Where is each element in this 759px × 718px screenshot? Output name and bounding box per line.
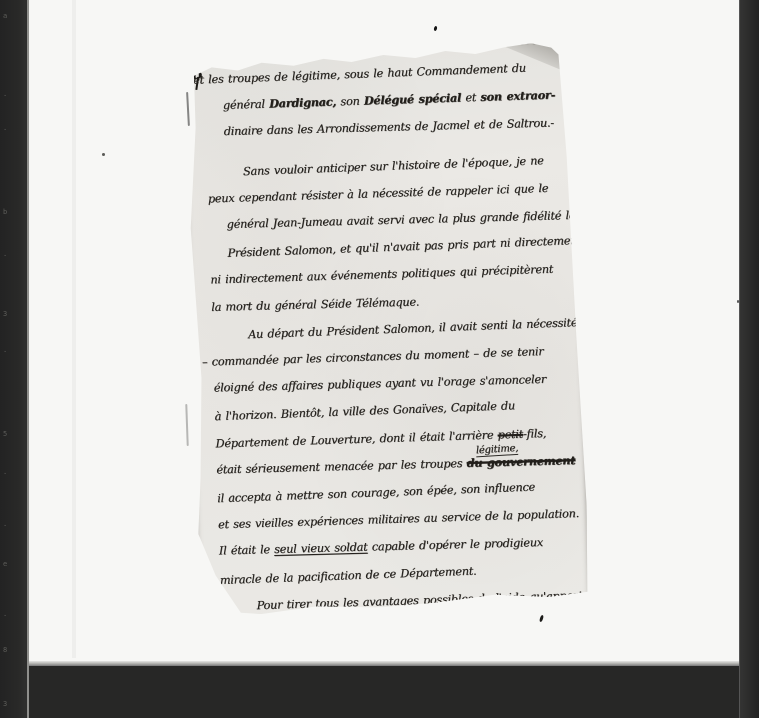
text-segment: était sérieusement menacée par les troup… xyxy=(216,457,467,477)
handwritten-line: la mort du général Séide Télémaque. xyxy=(211,296,419,313)
handwritten-line: – commandée par les circonstances du mom… xyxy=(202,346,544,368)
film-bottom-edge xyxy=(0,666,759,718)
underlined-text: seul vieux soldat xyxy=(274,541,368,556)
manuscript-page: 8 et les troupes de légitime, sous le ha… xyxy=(181,36,591,622)
film-edge-mark: . xyxy=(3,520,23,528)
text-segment: la mort du général Séide Télémaque. xyxy=(211,295,419,313)
film-left-edge: a..b.3.5..e.83 xyxy=(0,0,29,718)
handwritten-line: il accepta à mettre son courage, son épé… xyxy=(217,482,535,505)
text-segment: général xyxy=(223,98,270,112)
handwritten-line: peux cependant résister à la nécessité d… xyxy=(208,183,549,205)
film-edge-mark: . xyxy=(3,90,23,98)
text-segment: -fils, xyxy=(523,427,547,441)
handwritten-line: était sérieusement menacée par les troup… xyxy=(216,455,575,476)
handwritten-line: et ses vieilles expériences militaires a… xyxy=(218,508,579,531)
text-segment: et xyxy=(461,91,481,105)
text-segment: général Jean-Jumeau avait servi avec la … xyxy=(226,209,575,231)
handwritten-line: éloigné des affaires publiques ayant vu … xyxy=(214,374,547,394)
film-edge-mark: b xyxy=(3,208,23,216)
text-segment: dinaire dans les Arrondissements de Jacm… xyxy=(224,117,554,139)
handwritten-line: ni indirectement aux événements politiqu… xyxy=(210,264,553,286)
handwritten-line: Il était le seul vieux soldat capable d'… xyxy=(219,537,543,557)
film-edge-mark: a xyxy=(3,12,23,20)
film-edge-mark: . xyxy=(3,610,23,618)
ink-speck xyxy=(433,26,437,32)
text-segment: Délégué spécial xyxy=(364,91,462,108)
text-segment: – commandée par les circonstances du mom… xyxy=(202,345,544,369)
handwritten-text: et les troupes de légitime, sous le haut… xyxy=(181,36,591,622)
film-edge-mark: e xyxy=(3,560,23,568)
text-segment: à l'horizon. Bientôt, la ville des Gonaï… xyxy=(214,400,515,424)
text-segment: Sans vouloir anticiper sur l'histoire de… xyxy=(243,154,544,178)
film-edge-mark: 5 xyxy=(3,430,23,438)
handwritten-line: Pour tirer tous les avantages possibles … xyxy=(256,589,596,611)
film-frame-bottom-edge xyxy=(27,661,740,666)
handwritten-line: Sans vouloir anticiper sur l'histoire de… xyxy=(243,155,544,177)
inserted-word: légitime, xyxy=(476,443,519,458)
text-segment: Au départ du Président Salomon, il avait… xyxy=(248,316,578,341)
struck-text: petit xyxy=(497,427,523,441)
text-segment: capable d'opérer le prodigieux xyxy=(367,536,543,554)
text-segment: son extraor- xyxy=(480,88,555,104)
film-right-edge xyxy=(739,0,759,718)
text-segment: son xyxy=(336,95,364,109)
text-segment: ni indirectement aux événements politiqu… xyxy=(210,263,553,287)
text-segment: Département de Louverture, dont il était… xyxy=(215,428,497,450)
handwritten-line: miracle de la pacification de ce Départe… xyxy=(220,565,477,586)
page-edge-crease xyxy=(185,404,188,446)
ink-speck xyxy=(102,153,105,156)
handwritten-line: et les troupes de légitime, sous le haut… xyxy=(193,63,526,86)
text-segment: et les troupes de légitime, sous le haut… xyxy=(193,62,526,87)
text-segment: Pour tirer tous les avantages possibles … xyxy=(256,588,596,612)
microfilm-scan: { "scan": { "page_number": "8", "film_ed… xyxy=(0,0,759,718)
text-segment: miracle de la pacification de ce Départe… xyxy=(220,564,477,586)
text-segment: Président Salomon, et qu'il n'avait pas … xyxy=(227,234,581,260)
film-edge-mark: . xyxy=(3,250,23,258)
handwritten-line: général Jean-Jumeau avait servi avec la … xyxy=(226,210,575,230)
text-segment: Il était le xyxy=(219,543,275,557)
film-edge-mark: 8 xyxy=(3,646,23,654)
ink-speck xyxy=(539,615,544,623)
film-edge-mark: 3 xyxy=(3,310,23,318)
text-segment: peux cependant résister à la nécessité d… xyxy=(208,182,549,206)
handwritten-line: dinaire dans les Arrondissements de Jacm… xyxy=(224,118,554,138)
handwritten-line: Président Salomon, et qu'il n'avait pas … xyxy=(227,235,581,259)
text-segment: du gouvernementlégitime, xyxy=(466,454,575,470)
film-edge-mark: . xyxy=(3,346,23,354)
film-edge-mark: . xyxy=(3,468,23,476)
text-segment: il accepta à mettre son courage, son épé… xyxy=(217,481,535,506)
page-edge-crease xyxy=(186,92,190,126)
film-edge-mark: 3 xyxy=(3,700,23,708)
text-segment: éloigné des affaires publiques ayant vu … xyxy=(214,373,547,395)
film-edge-mark: . xyxy=(3,124,23,132)
handwritten-line: Au départ du Président Salomon, il avait… xyxy=(248,317,578,340)
text-segment: Dardignac, xyxy=(269,95,336,111)
text-segment: et ses vieilles expériences militaires a… xyxy=(218,507,579,531)
scan-smudge xyxy=(72,0,76,658)
handwritten-line: à l'horizon. Bientôt, la ville des Gonaï… xyxy=(214,401,515,423)
handwritten-line: général Dardignac, son Délégué spécial e… xyxy=(223,90,555,112)
